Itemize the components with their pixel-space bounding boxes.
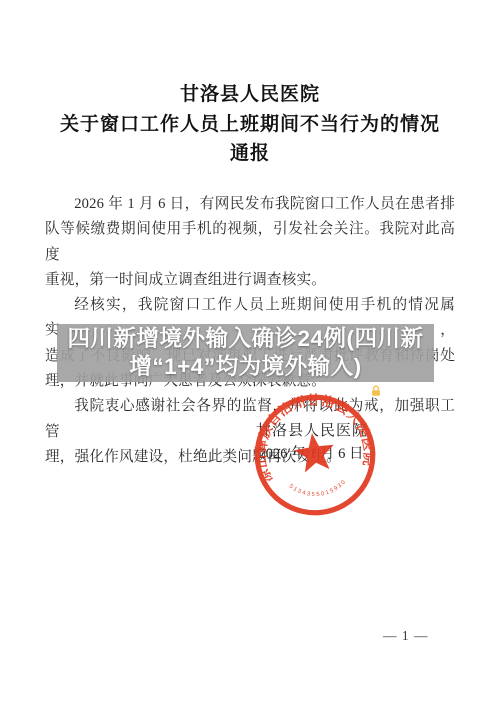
- body-line: 重视，第一时间成立调查组进行调查核实。: [45, 268, 455, 293]
- overlay-headline-banner[interactable]: 四川新增境外输入确诊24例(四川新 增“1+4”均为境外输入): [57, 324, 434, 382]
- doc-title-type: 通报: [0, 139, 500, 169]
- official-seal-stamp: 凉山彝族自治州甘洛县人民医院 5134355015930: [244, 384, 386, 526]
- body-line: 2026 年 1 月 6 日，有网民发布我院窗口工作人员在患者排: [45, 192, 455, 217]
- seal-serial-number: 5134355015930: [287, 476, 349, 502]
- headline-line-1: 四川新增境外输入确诊24例(四川新: [57, 325, 434, 353]
- doc-title-org: 甘洛县人民医院: [0, 80, 500, 110]
- document-page: 甘洛县人民医院 关于窗口工作人员上班期间不当行为的情况 通报 2026 年 1 …: [0, 0, 500, 707]
- seal-star-icon: [292, 430, 337, 473]
- lock-icon: [370, 385, 382, 397]
- doc-title: 甘洛县人民医院 关于窗口工作人员上班期间不当行为的情况 通报: [0, 80, 500, 169]
- svg-text:5134355015930: 5134355015930: [287, 476, 349, 502]
- body-line: 队等候缴费期间使用手机的视频，引发社会关注。我院对此高度: [45, 217, 455, 268]
- headline-line-2: 增“1+4”均为境外输入): [57, 353, 434, 381]
- page-number: — 1 —: [383, 628, 429, 644]
- doc-title-subject: 关于窗口工作人员上班期间不当行为的情况: [0, 110, 500, 140]
